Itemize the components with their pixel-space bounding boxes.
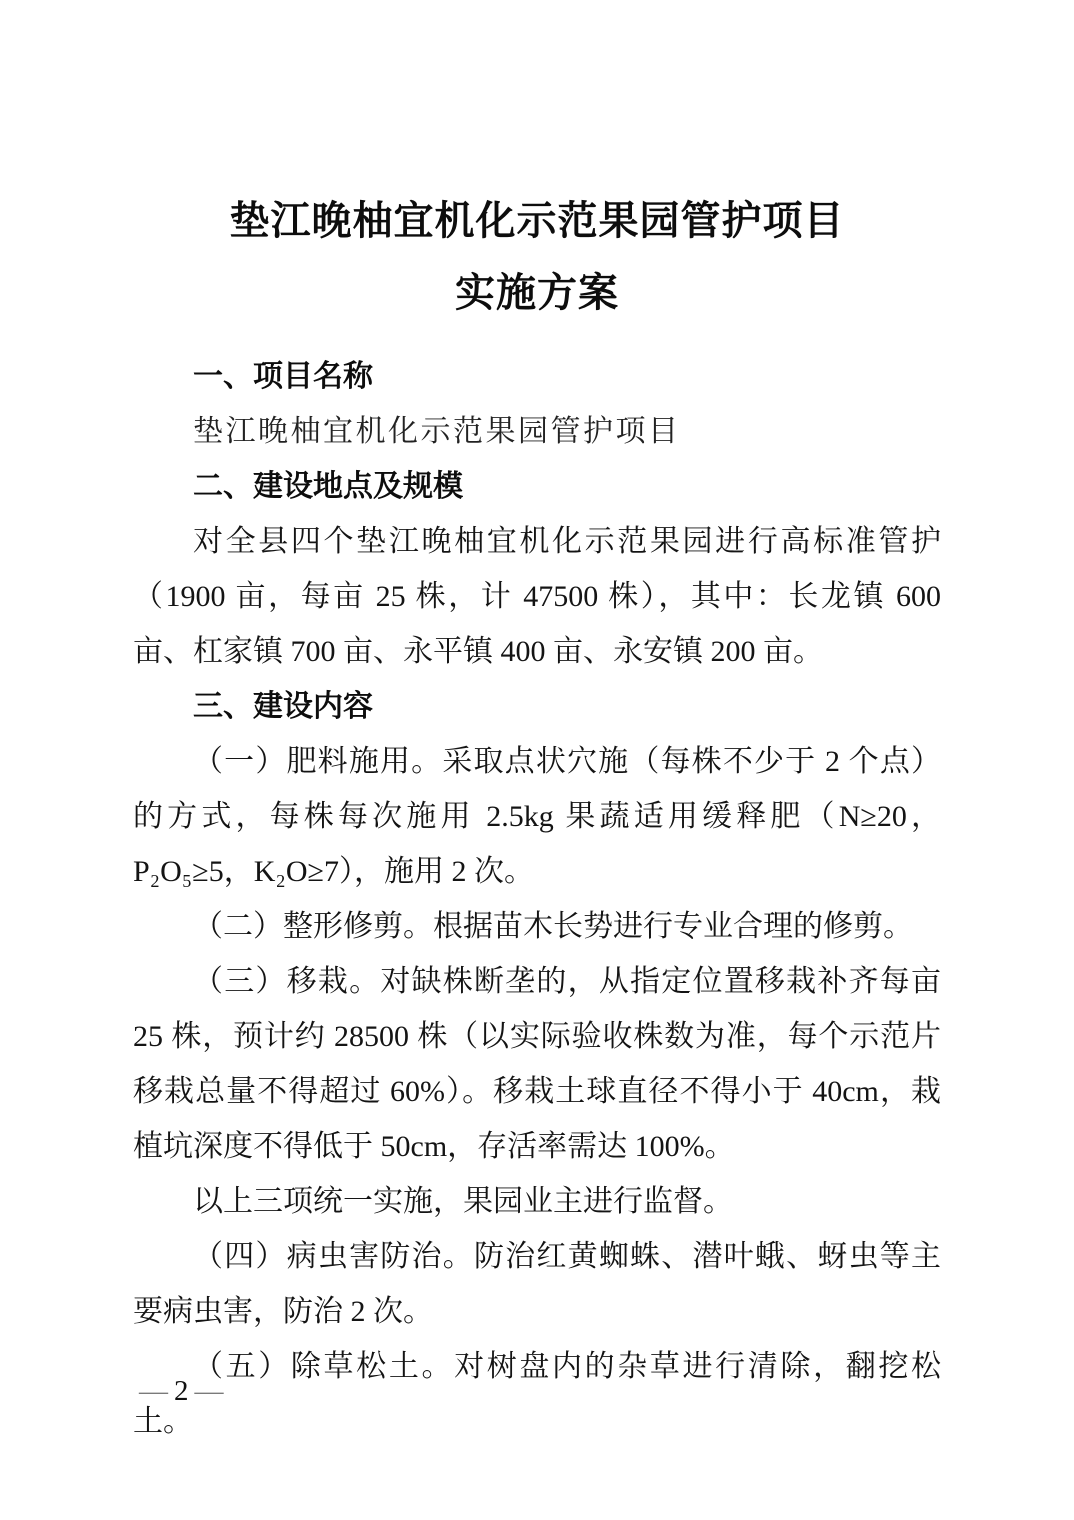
footer-dash-left: —	[133, 1375, 174, 1407]
paragraph: 对全县四个垫江晚柚宜机化示范果园进行高标准管护（1900 亩，每亩 25 株，计…	[133, 514, 941, 679]
paragraph: （四）病虫害防治。防治红黄蜘蛛、潜叶蛾、蚜虫等主要病虫害，防治 2 次。	[133, 1229, 941, 1339]
section-heading: 三、建设内容	[133, 679, 941, 734]
document-page: 垫江晚柚宜机化示范果园管护项目 实施方案 一、项目名称垫江晚柚宜机化示范果园管护…	[0, 0, 1074, 1520]
paragraph: （二）整形修剪。根据苗木长势进行专业合理的修剪。	[133, 899, 941, 954]
document-title-line-1: 垫江晚柚宜机化示范果园管护项目	[0, 185, 1074, 257]
section-heading: 二、建设地点及规模	[133, 459, 941, 514]
document-title-line-2: 实施方案	[0, 257, 1074, 329]
paragraph: （五）除草松土。对树盘内的杂草进行清除，翻挖松土。	[133, 1339, 941, 1449]
footer-page-number: 2	[174, 1375, 189, 1407]
paragraph: 垫江晚柚宜机化示范果园管护项目	[133, 404, 941, 459]
footer-dash-right: —	[189, 1375, 230, 1407]
paragraph: （三）移栽。对缺株断垄的，从指定位置移栽补齐每亩 25 株，预计约 28500 …	[133, 954, 941, 1174]
section-heading: 一、项目名称	[133, 349, 941, 404]
paragraph: 以上三项统一实施，果园业主进行监督。	[133, 1174, 941, 1229]
document-body: 一、项目名称垫江晚柚宜机化示范果园管护项目二、建设地点及规模对全县四个垫江晚柚宜…	[133, 349, 941, 1449]
page-footer: —2—	[133, 1376, 230, 1406]
document-title: 垫江晚柚宜机化示范果园管护项目 实施方案	[0, 0, 1074, 329]
paragraph: （一）肥料施用。采取点状穴施（每株不少于 2 个点）的方式，每株每次施用 2.5…	[133, 734, 941, 899]
